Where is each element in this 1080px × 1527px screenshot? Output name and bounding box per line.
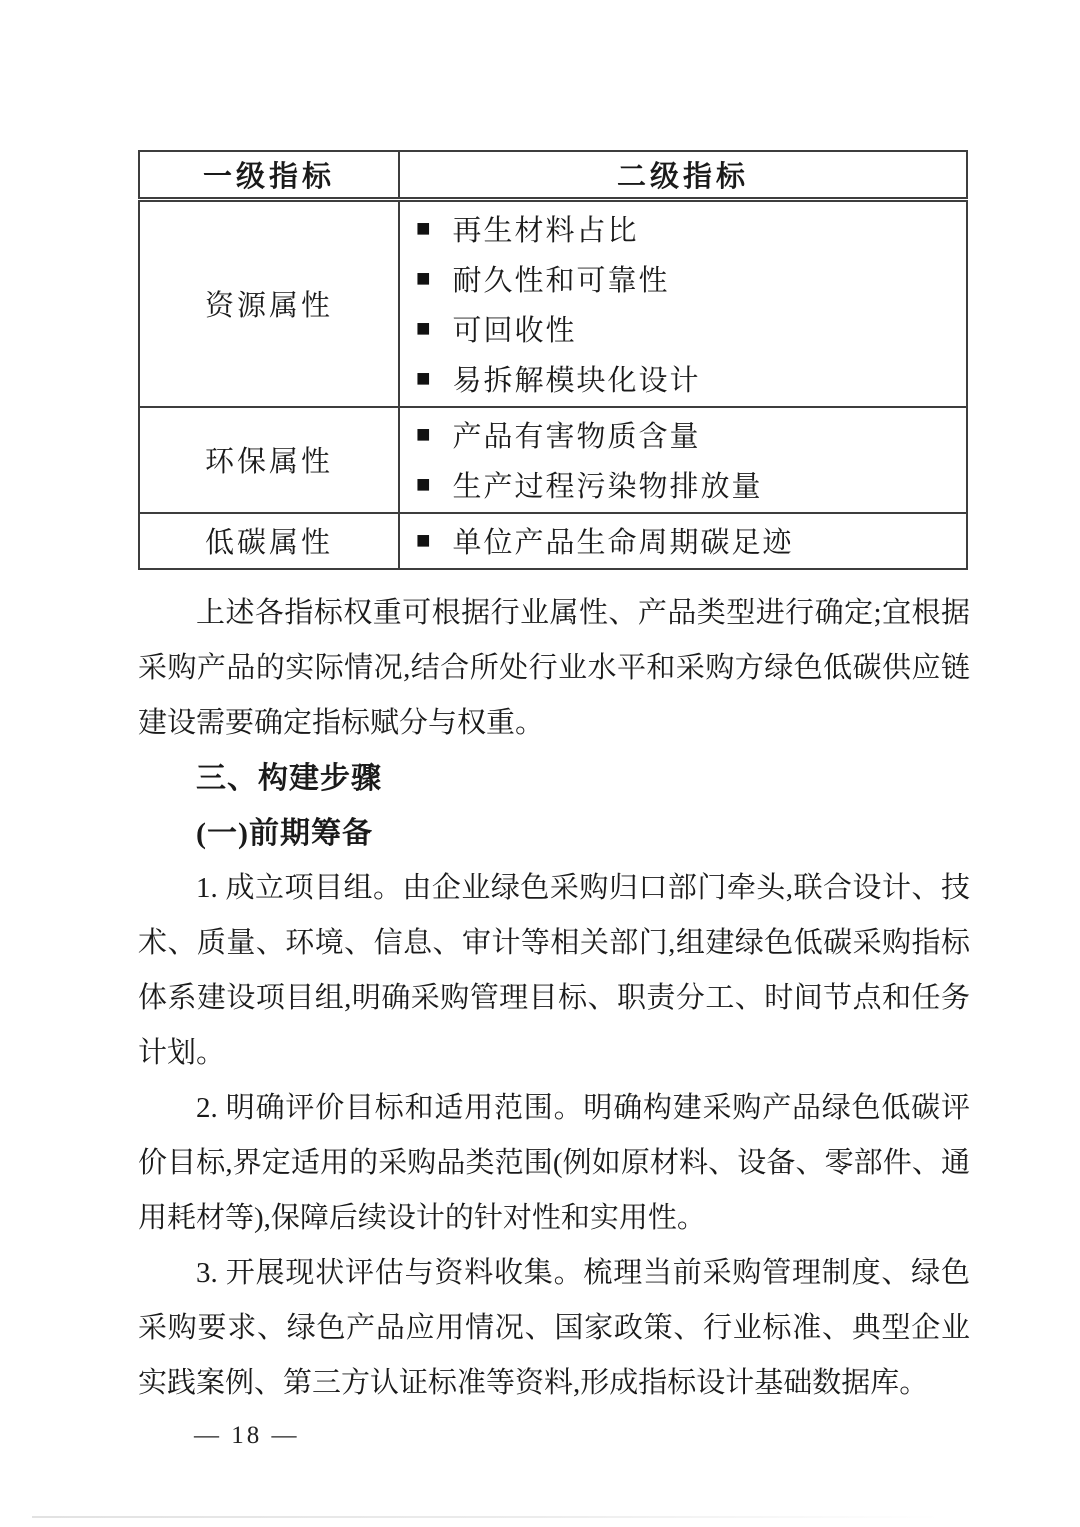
square-bullet-icon: ■: [416, 217, 431, 241]
level1-cell: 低碳属性: [139, 513, 399, 569]
body-text: 上述各指标权重可根据行业属性、产品类型进行确定;宜根据采购产品的实际情况,结合所…: [138, 586, 970, 1411]
bullet-item: ■ 生产过程污染物排放量: [410, 460, 966, 510]
table-header-row: 一级指标 二级指标: [139, 151, 967, 199]
level2-cell: ■ 产品有害物质含量 ■ 生产过程污染物排放量: [399, 407, 967, 513]
bullet-item-label: 可回收性: [453, 308, 577, 349]
step-1-paragraph: 1. 成立项目组。由企业绿色采购归口部门牵头,联合设计、技术、质量、环境、信息、…: [138, 861, 970, 1081]
intro-paragraph: 上述各指标权重可根据行业属性、产品类型进行确定;宜根据采购产品的实际情况,结合所…: [138, 586, 970, 751]
square-bullet-icon: ■: [416, 267, 431, 291]
level1-cell: 环保属性: [139, 407, 399, 513]
bullet-item-label: 再生材料占比: [453, 208, 639, 249]
col-header-level2: 二级指标: [399, 151, 967, 199]
level2-cell: ■ 单位产品生命周期碳足迹: [399, 513, 967, 569]
step-2-paragraph: 2. 明确评价目标和适用范围。明确构建采购产品绿色低碳评价目标,界定适用的采购品…: [138, 1081, 970, 1246]
bullet-item-label: 单位产品生命周期碳足迹: [453, 520, 794, 561]
bullet-item: ■ 产品有害物质含量: [410, 410, 966, 460]
square-bullet-icon: ■: [416, 423, 431, 447]
bullet-item-label: 产品有害物质含量: [453, 414, 701, 455]
step-3-paragraph: 3. 开展现状评估与资料收集。梳理当前采购管理制度、绿色采购要求、绿色产品应用情…: [138, 1246, 970, 1411]
bullet-item: ■ 再生材料占比: [410, 204, 966, 254]
bullet-item: ■ 单位产品生命周期碳足迹: [410, 516, 966, 566]
level1-cell: 资源属性: [139, 199, 399, 407]
page-number: — 18 —: [138, 1411, 970, 1461]
square-bullet-icon: ■: [416, 529, 431, 553]
bullet-item-label: 生产过程污染物排放量: [453, 464, 763, 505]
document-page: 一级指标 二级指标 资源属性 ■ 再生材料占比 ■ 耐久性和可靠性: [0, 0, 1080, 1527]
square-bullet-icon: ■: [416, 367, 431, 391]
square-bullet-icon: ■: [416, 473, 431, 497]
table-row-low-carbon: 低碳属性 ■ 单位产品生命周期碳足迹: [139, 513, 967, 569]
table-row-environment: 环保属性 ■ 产品有害物质含量 ■ 生产过程污染物排放量: [139, 407, 967, 513]
page-content: 一级指标 二级指标 资源属性 ■ 再生材料占比 ■ 耐久性和可靠性: [138, 150, 970, 1461]
square-bullet-icon: ■: [416, 317, 431, 341]
bullet-item-label: 易拆解模块化设计: [453, 358, 701, 399]
level2-cell: ■ 再生材料占比 ■ 耐久性和可靠性 ■ 可回收性 ■: [399, 199, 967, 407]
section-heading: 三、构建步骤: [138, 751, 970, 806]
scan-edge-shadow: [32, 1516, 942, 1518]
bullet-item: ■ 可回收性: [410, 304, 966, 354]
subsection-heading: (一)前期筹备: [138, 806, 970, 861]
indicator-table: 一级指标 二级指标 资源属性 ■ 再生材料占比 ■ 耐久性和可靠性: [138, 150, 968, 570]
bullet-item: ■ 易拆解模块化设计: [410, 354, 966, 404]
bullet-item-label: 耐久性和可靠性: [453, 258, 670, 299]
table-row-resource: 资源属性 ■ 再生材料占比 ■ 耐久性和可靠性 ■ 可回收性: [139, 199, 967, 407]
bullet-item: ■ 耐久性和可靠性: [410, 254, 966, 304]
col-header-level1: 一级指标: [139, 151, 399, 199]
